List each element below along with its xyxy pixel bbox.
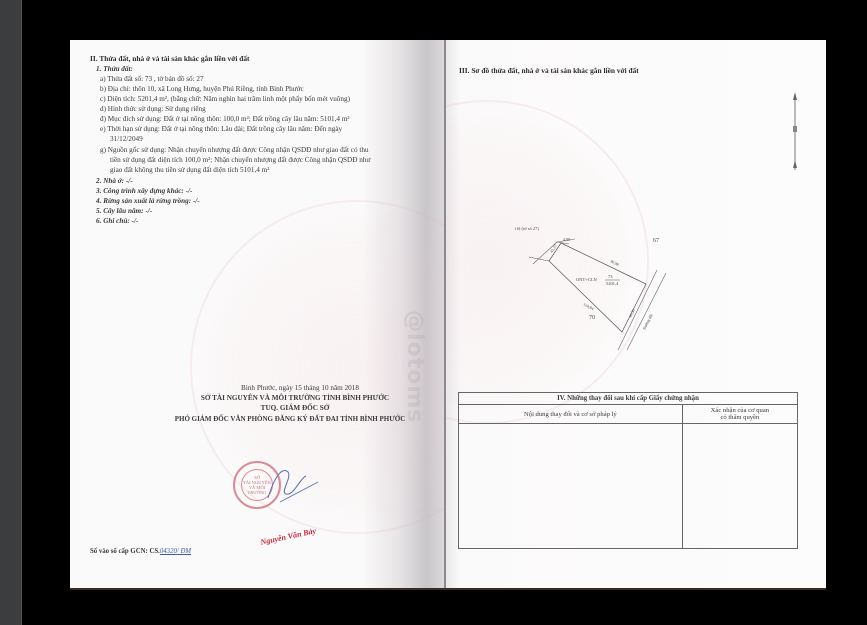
changes-col-content: Nội dung thay đổi và cơ sở pháp lý <box>459 405 683 424</box>
confirmation-header-1: Xác nhận của cơ quan <box>686 407 794 414</box>
parcel-diagram: Tỉ lệ (tờ số 27) 41,27 4,90 90,98 124,84… <box>515 220 735 350</box>
viewer-side-strip <box>0 0 22 625</box>
land-origin-1: g) Nguồn gốc sử dụng: Nhận chuyển nhượng… <box>100 145 369 155</box>
watermark-text: @lotoms <box>402 310 427 423</box>
issuing-agency: SỞ TÀI NGUYÊN VÀ MÔI TRƯỜNG TỈNH BÌNH PH… <box>140 393 445 403</box>
land-origin-2: tiền sử dụng đất diện tích 100,0 m²; Nhậ… <box>110 155 370 165</box>
land-usage-term-date: 31/12/2049 <box>110 134 143 144</box>
section-ii-title: II. Thửa đất, nhà ở và tài sản khác gắn … <box>90 54 250 64</box>
land-parcel-number: a) Thửa đất số: 73 , tờ bản đồ số: 27 <box>100 74 204 84</box>
land-heading: 1. Thửa đất: <box>96 64 133 74</box>
item-notes: 6. Ghi chú: -/- <box>96 216 138 226</box>
left-page: II. Thửa đất, nhà ở và tài sản khác gắn … <box>70 40 445 588</box>
land-address: b) Địa chỉ: thôn 10, xã Long Hưng, huyện… <box>100 84 304 94</box>
registry-suffix: / ĐM <box>177 548 191 555</box>
land-usage-purpose: đ) Mục đích sử dụng: Đất ở tại nông thôn… <box>100 114 350 124</box>
page-fold <box>444 40 446 588</box>
confirmation-header-2: có thẩm quyền <box>686 414 794 421</box>
item-planted-forest: 4. Rừng sản xuất là rừng trồng: -/- <box>96 196 200 206</box>
item-house: 2. Nhà ở: -/- <box>96 176 133 186</box>
right-page: III. Sơ đồ thửa đất, nhà ở và tài sản kh… <box>445 40 826 588</box>
changes-content-cell <box>459 424 683 549</box>
svg-text:4,90: 4,90 <box>563 237 570 243</box>
diagram-scale-label: Tỉ lệ (tờ số 27) <box>515 226 539 231</box>
land-area: c) Diện tích: 5201,4 m², (bằng chữ: Năm … <box>100 94 350 104</box>
registry-number: 04320 <box>160 548 177 555</box>
changes-table: IV. Những thay đổi sau khi cấp Giấy chứn… <box>458 392 798 549</box>
certificate-registry-number: Số vào sổ cấp GCN: CS.04320/ ĐM <box>90 548 191 555</box>
land-usage-term: e) Thời hạn sử dụng: Đất ở tại nông thôn… <box>100 124 342 134</box>
land-usage-form: d) Hình thức sử dụng: Sử dụng riêng <box>100 104 206 114</box>
signer-name: Nguyễn Văn Bảy <box>260 526 317 547</box>
tuq-director: TUQ. GIÁM ĐỐC SỞ <box>140 403 445 413</box>
changes-table-title: IV. Những thay đổi sau khi cấp Giấy chứn… <box>459 393 798 405</box>
svg-text:70: 70 <box>589 315 595 321</box>
svg-text:73: 73 <box>608 274 613 279</box>
changes-col-confirmation: Xác nhận của cơ quan có thẩm quyền <box>682 405 797 424</box>
item-perennial-trees: 5. Cây lâu năm: -/- <box>96 206 152 216</box>
north-arrow-icon <box>791 92 799 172</box>
section-iii-title: III. Sơ đồ thửa đất, nhà ở và tài sản kh… <box>459 66 639 76</box>
handwritten-signature <box>260 458 320 508</box>
svg-text:90,98: 90,98 <box>609 258 620 267</box>
signer-title: PHÓ GIÁM ĐỐC VĂN PHÒNG ĐĂNG KÝ ĐẤT ĐAI T… <box>130 414 445 424</box>
svg-text:ONT+CLN: ONT+CLN <box>576 277 598 282</box>
land-origin-3: giao đất không thu tiền sử dụng đất diện… <box>110 165 269 175</box>
issue-date-line: Bình Phước, ngày 15 tháng 10 năm 2018 <box>150 383 445 393</box>
item-other-construction: 3. Công trình xây dựng khác: -/- <box>96 186 192 196</box>
registry-label: Số vào sổ cấp GCN: CS. <box>90 548 160 555</box>
svg-text:Đường đất: Đường đất <box>641 312 654 330</box>
svg-text:5201,4: 5201,4 <box>606 281 619 287</box>
svg-text:67: 67 <box>653 238 659 244</box>
land-certificate-document: II. Thửa đất, nhà ở và tài sản khác gắn … <box>70 40 826 588</box>
changes-confirmation-cell <box>682 424 797 549</box>
